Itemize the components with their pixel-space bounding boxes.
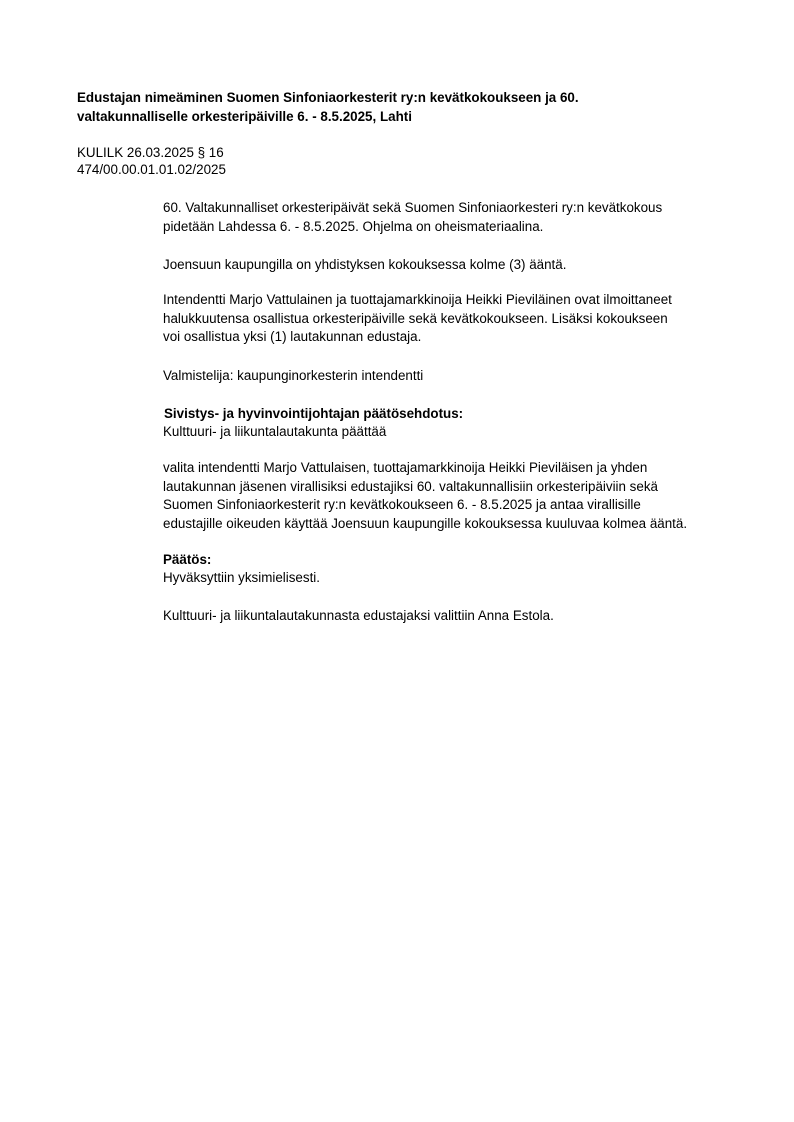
decision-text-content: Hyväksyttiin yksimielisesti. (163, 569, 763, 588)
document-title: Edustajan nimeäminen Suomen Sinfoniaorke… (77, 88, 717, 126)
title-line-2: valtakunnalliselle orkesteripäiville 6. … (77, 107, 717, 126)
paragraph-event-info: 60. Valtakunnalliset orkesteripäivät sek… (163, 199, 763, 236)
decision-text: Hyväksyttiin yksimielisesti. (163, 569, 763, 588)
proposal-body: valita intendentti Marjo Vattulaisen, tu… (163, 459, 763, 533)
decision-heading: Päätös: (163, 551, 763, 570)
document-meta: KULILK 26.03.2025 § 16 474/00.00.01.01.0… (77, 144, 226, 178)
proposal-intro-text: Kulttuuri- ja liikuntalautakunta päättää (163, 423, 763, 442)
paragraph-text: Intendentti Marjo Vattulainen ja tuottaj… (163, 291, 763, 347)
decision-heading-text: Päätös: (163, 551, 763, 570)
title-line-1: Edustajan nimeäminen Suomen Sinfoniaorke… (77, 88, 717, 107)
paragraph-preparer: Valmistelija: kaupunginorkesterin intend… (163, 367, 763, 386)
decision-note: Kulttuuri- ja liikuntalautakunnasta edus… (163, 607, 763, 626)
document-page: Edustajan nimeäminen Suomen Sinfoniaorke… (0, 0, 794, 1122)
paragraph-text: 60. Valtakunnalliset orkesteripäivät sek… (163, 199, 763, 236)
proposal-heading: Sivistys- ja hyvinvointijohtajan päätöse… (164, 405, 764, 424)
paragraph-text: Valmistelija: kaupunginorkesterin intend… (163, 367, 763, 386)
paragraph-text: Joensuun kaupungilla on yhdistyksen koko… (163, 256, 763, 275)
paragraph-participants: Intendentti Marjo Vattulainen ja tuottaj… (163, 291, 763, 347)
proposal-body-text: valita intendentti Marjo Vattulaisen, tu… (163, 459, 763, 533)
proposal-intro: Kulttuuri- ja liikuntalautakunta päättää (163, 423, 763, 442)
decision-note-text: Kulttuuri- ja liikuntalautakunnasta edus… (163, 607, 763, 626)
paragraph-votes: Joensuun kaupungilla on yhdistyksen koko… (163, 256, 763, 275)
meeting-reference: KULILK 26.03.2025 § 16 (77, 144, 226, 161)
proposal-heading-text: Sivistys- ja hyvinvointijohtajan päätöse… (164, 405, 764, 424)
record-number: 474/00.00.01.01.02/2025 (77, 161, 226, 178)
